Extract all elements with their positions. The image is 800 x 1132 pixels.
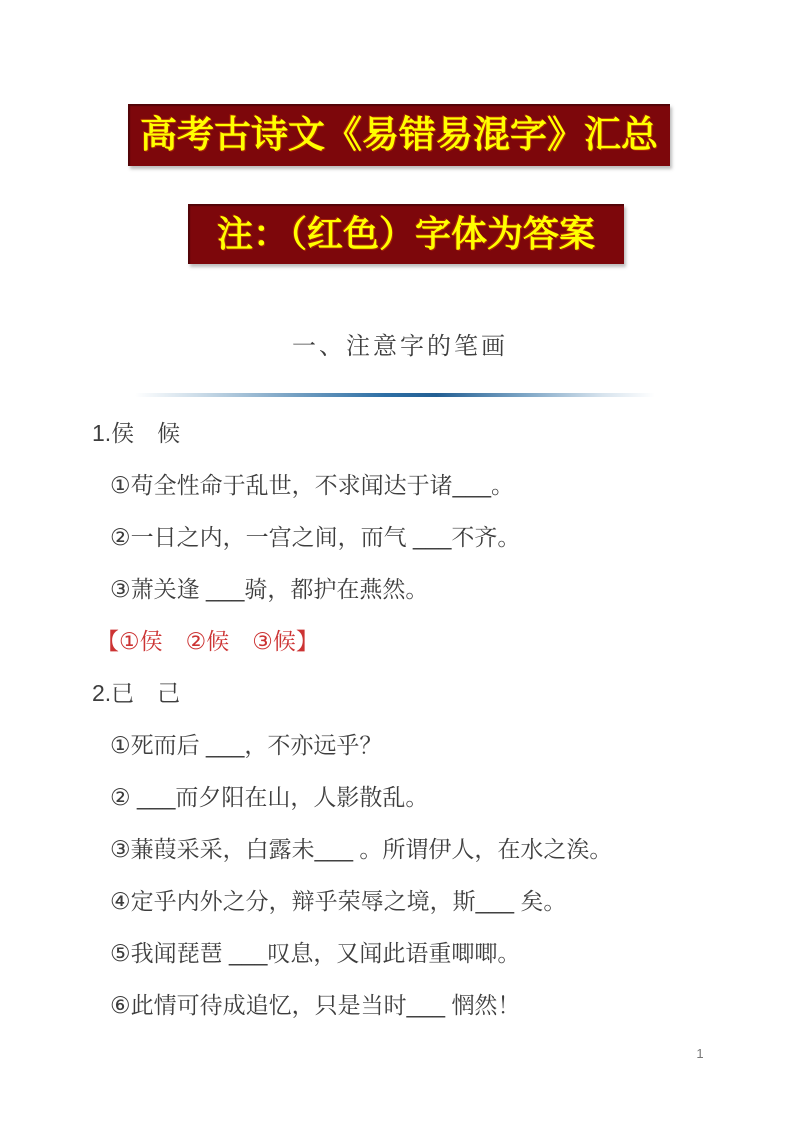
item-2-line-4: ④定乎内外之分，辩乎荣辱之境，斯___ 矣。 — [92, 886, 760, 916]
document-page: 高考古诗文《易错易混字》汇总 注：（红色）字体为答案 一、注意字的笔画 1.侯 … — [0, 0, 800, 1132]
item-2-line-3: ③蒹葭采采，白露未___ 。所谓伊人，在水之涘。 — [92, 834, 760, 864]
item-2-header: 2.已 己 — [92, 678, 760, 708]
section-divider — [135, 393, 655, 397]
item-1-line-3: ③萧关逢 ___骑，都护在燕然。 — [92, 574, 760, 604]
item-2-line-5: ⑤我闻琵琶 ___叹息，又闻此语重唧唧。 — [92, 938, 760, 968]
item-1-header: 1.侯 候 — [92, 418, 760, 448]
title-banner: 高考古诗文《易错易混字》汇总 — [128, 104, 670, 166]
item-2-line-1: ①死而后 ___，不亦远乎？ — [92, 730, 760, 760]
item-1-line-1: ①苟全性命于乱世，不求闻达于诸___。 — [92, 470, 760, 500]
note-banner: 注：（红色）字体为答案 — [188, 204, 624, 264]
page-number: 1 — [690, 1046, 710, 1061]
item-1-line-2: ②一日之内，一宫之间，而气 ___不齐。 — [92, 522, 760, 552]
section-heading: 一、注意字的笔画 — [0, 326, 800, 361]
item-2-line-6: ⑥此情可待成追忆，只是当时___ 惘然！ — [92, 990, 760, 1020]
item-1-answer-line: 【①侯 ②候 ③候】 — [92, 626, 760, 656]
item-2-line-2: ② ___而夕阳在山，人影散乱。 — [92, 782, 760, 812]
exercise-content: 1.侯 候 ①苟全性命于乱世，不求闻达于诸___。 ②一日之内，一宫之间，而气 … — [92, 418, 760, 1042]
